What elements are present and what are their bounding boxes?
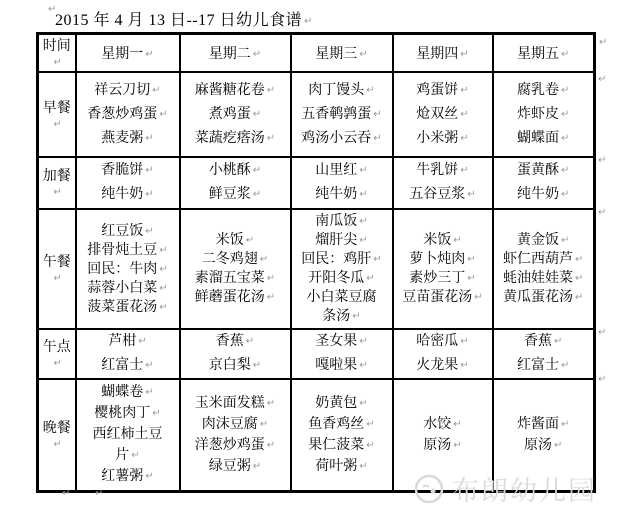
dish: 红富士	[494, 354, 594, 378]
dish: 煮鸡蛋	[181, 103, 290, 127]
dish: 嘎啦果	[292, 354, 392, 378]
dish: 洋葱炒鸡蛋	[181, 435, 290, 456]
menu-cell: 香脆饼 纯牛奶	[76, 157, 180, 209]
dish: 黄瓜蛋花汤	[494, 288, 594, 307]
dish: 麻酱糖花卷	[181, 79, 290, 103]
dish: 哈密瓜	[394, 330, 492, 354]
table-row-lunch: 午餐 红豆饭 排骨炖土豆 回民：牛肉 蒜蓉小白菜 菠菜蛋花汤 米饭 二冬鸡翅 素…	[38, 209, 595, 329]
table-row-morning-snack: 加餐 香脆饼 纯牛奶 小桃酥 鲜豆浆 山里红 纯牛奶 牛乳饼 五谷豆浆 蛋黄酥 …	[38, 157, 595, 209]
menu-cell: 麻酱糖花卷 煮鸡蛋 菜蔬疙瘩汤	[180, 72, 291, 157]
dish: 纯牛奶	[77, 183, 179, 207]
dish: 红豆饭	[77, 222, 179, 241]
dish: 素溜五宝菜	[181, 269, 290, 288]
paragraph-mark-icon	[596, 151, 606, 163]
dish: 熘肝尖	[292, 231, 392, 250]
dish: 回民：鸡肝	[292, 250, 392, 269]
dish: 樱桃肉丁	[77, 403, 179, 424]
dish: 米饭	[394, 231, 492, 250]
dish: 绿豆粥	[181, 456, 290, 477]
row-label-breakfast: 早餐	[38, 72, 76, 157]
paragraph-mark-icon	[596, 370, 606, 382]
dish: 小桃酥	[181, 159, 290, 183]
dish: 菜蔬疙瘩汤	[181, 127, 290, 151]
dish: 西红柿土豆	[77, 424, 179, 445]
menu-cell: 米饭 萝卜炖肉 素炒三丁 豆苗蛋花汤	[393, 209, 493, 329]
header-label: 星期四	[416, 47, 468, 62]
dish: 牛乳饼	[394, 159, 492, 183]
dish: 水饺	[394, 414, 492, 435]
dish: 玉米面发糕	[181, 393, 290, 414]
header-label: 星期三	[315, 47, 367, 62]
row-label-text: 午点	[43, 340, 71, 371]
paragraph-mark-icon	[596, 203, 606, 215]
dish: 芦柑	[77, 330, 179, 354]
header-label: 星期一	[101, 47, 153, 62]
row-label-afternoon-snack: 午点	[38, 329, 76, 379]
paragraph-mark-icon	[596, 323, 606, 335]
row-label-text: 早餐	[43, 101, 71, 132]
dish: 鲜豆浆	[181, 183, 290, 207]
header-thursday: 星期四	[393, 34, 493, 73]
kindergarten-logo-icon	[413, 473, 445, 505]
dish: 萝卜炖肉	[394, 250, 492, 269]
dish: 鱼香鸡丝	[292, 414, 392, 435]
page-title: 2015 年 4 月 13 日--17 日幼儿食谱	[55, 7, 313, 30]
dish: 鸡汤小云吞	[292, 127, 392, 151]
header-tuesday: 星期二	[180, 34, 291, 73]
menu-cell: 鸡蛋饼 炝双丝 小米粥	[393, 72, 493, 157]
dish: 香葱炒鸡蛋	[77, 103, 179, 127]
menu-cell: 腐乳卷 炸虾皮 蝴蝶面	[493, 72, 595, 157]
menu-cell: 红豆饭 排骨炖土豆 回民：牛肉 蒜蓉小白菜 菠菜蛋花汤	[76, 209, 180, 329]
dish: 香蕉	[181, 330, 290, 354]
dish: 原汤	[494, 435, 594, 456]
paragraph-mark-icon	[597, 33, 607, 45]
watermark-text: 布朗幼儿园	[452, 469, 597, 508]
table-row-breakfast: 早餐 祥云刀切 香葱炒鸡蛋 燕麦粥 麻酱糖花卷 煮鸡蛋 菜蔬疙瘩汤 肉丁馒头 五…	[38, 72, 595, 157]
dish: 米饭	[181, 231, 290, 250]
dish: 虾仁西葫芦	[494, 250, 594, 269]
dish: 二冬鸡翅	[181, 250, 290, 269]
table-header-row: 时间 星期一 星期二 星期三 星期四 星期五	[38, 34, 595, 73]
menu-cell: 蛋黄酥 纯牛奶	[493, 157, 595, 209]
dish: 燕麦粥	[77, 127, 179, 151]
dish: 南瓜饭	[292, 212, 392, 231]
dish: 小米粥	[394, 127, 492, 151]
dish: 荷叶粥	[292, 456, 392, 477]
dish: 原汤	[394, 435, 492, 456]
dish: 祥云刀切	[77, 79, 179, 103]
menu-cell: 米饭 二冬鸡翅 素溜五宝菜 鲜蘑蛋花汤	[180, 209, 291, 329]
paragraph-mark-icon	[93, 484, 103, 496]
menu-cell: 香蕉 京白梨	[180, 329, 291, 379]
menu-table: 时间 星期一 星期二 星期三 星期四 星期五 早餐 祥云刀切 香葱炒鸡蛋 燕麦粥…	[36, 32, 596, 493]
dish: 五谷豆浆	[394, 183, 492, 207]
menu-cell: 肉丁馒头 五香鹌鹑蛋 鸡汤小云吞	[291, 72, 393, 157]
dish: 蝴蝶面	[494, 127, 594, 151]
header-label: 时间	[43, 39, 71, 70]
dish: 奶黄包	[292, 393, 392, 414]
dish: 蚝油娃娃菜	[494, 269, 594, 288]
dish: 蝴蝶卷	[77, 382, 179, 403]
header-monday: 星期一	[76, 34, 180, 73]
row-label-dinner: 晚餐	[38, 379, 76, 491]
dish: 鲜蘑蛋花汤	[181, 288, 290, 307]
dish: 肉沫豆腐	[181, 414, 290, 435]
dish: 五香鹌鹑蛋	[292, 103, 392, 127]
header-friday: 星期五	[493, 34, 595, 73]
watermark: 布朗幼儿园	[413, 469, 597, 508]
paragraph-mark-icon	[60, 484, 70, 496]
dish: 小白菜豆腐	[292, 288, 392, 307]
dish: 鸡蛋饼	[394, 79, 492, 103]
menu-cell: 小桃酥 鲜豆浆	[180, 157, 291, 209]
menu-cell: 山里红 纯牛奶	[291, 157, 393, 209]
dish: 纯牛奶	[292, 183, 392, 207]
dish: 回民：牛肉	[77, 260, 179, 279]
dish: 片	[77, 445, 179, 466]
menu-cell: 黄金饭 虾仁西葫芦 蚝油娃娃菜 黄瓜蛋花汤	[493, 209, 595, 329]
dish: 条汤	[292, 307, 392, 326]
row-label-morning-snack: 加餐	[38, 157, 76, 209]
menu-cell: 哈密瓜 火龙果	[393, 329, 493, 379]
dish: 蒜蓉小白菜	[77, 279, 179, 298]
menu-cell: 牛乳饼 五谷豆浆	[393, 157, 493, 209]
menu-cell: 奶黄包 鱼香鸡丝 果仁菠菜 荷叶粥	[291, 379, 393, 491]
dish: 香脆饼	[77, 159, 179, 183]
dish: 豆苗蛋花汤	[394, 288, 492, 307]
dish: 山里红	[292, 159, 392, 183]
dish: 菠菜蛋花汤	[77, 298, 179, 317]
dish: 京白梨	[181, 354, 290, 378]
table-row-afternoon-snack: 午点 芦柑 红富士 香蕉 京白梨 圣女果 嘎啦果 哈密瓜 火龙果 香蕉 红富士	[38, 329, 595, 379]
dish: 炝双丝	[394, 103, 492, 127]
header-label: 星期二	[209, 47, 261, 62]
header-wednesday: 星期三	[291, 34, 393, 73]
header-label: 星期五	[517, 47, 569, 62]
menu-cell: 香蕉 红富士	[493, 329, 595, 379]
dish: 黄金饭	[494, 231, 594, 250]
paragraph-mark-icon	[596, 70, 606, 82]
dish: 排骨炖土豆	[77, 241, 179, 260]
dish: 红薯粥	[77, 466, 179, 487]
dish: 纯牛奶	[494, 183, 594, 207]
dish: 火龙果	[394, 354, 492, 378]
dish: 肉丁馒头	[292, 79, 392, 103]
dish: 开阳冬瓜	[292, 269, 392, 288]
dish: 腐乳卷	[494, 79, 594, 103]
page-title-text: 2015 年 4 月 13 日--17 日幼儿食谱	[55, 12, 313, 29]
dish: 炸酱面	[494, 414, 594, 435]
row-label-lunch: 午餐	[38, 209, 76, 329]
dish: 圣女果	[292, 330, 392, 354]
dish: 红富士	[77, 354, 179, 378]
row-label-text: 晚餐	[43, 421, 71, 452]
dish: 果仁菠菜	[292, 435, 392, 456]
menu-cell: 玉米面发糕 肉沫豆腐 洋葱炒鸡蛋 绿豆粥	[180, 379, 291, 491]
menu-cell: 芦柑 红富士	[76, 329, 180, 379]
menu-cell: 圣女果 嘎啦果	[291, 329, 393, 379]
dish: 蛋黄酥	[494, 159, 594, 183]
menu-cell: 蝴蝶卷 樱桃肉丁 西红柿土豆 片 红薯粥	[76, 379, 180, 491]
dish: 炸虾皮	[494, 103, 594, 127]
menu-cell: 南瓜饭 熘肝尖 回民：鸡肝 开阳冬瓜 小白菜豆腐 条汤	[291, 209, 393, 329]
header-time: 时间	[38, 34, 76, 73]
dish: 香蕉	[494, 330, 594, 354]
dish: 素炒三丁	[394, 269, 492, 288]
row-label-text: 午餐	[43, 255, 71, 286]
menu-cell: 祥云刀切 香葱炒鸡蛋 燕麦粥	[76, 72, 180, 157]
row-label-text: 加餐	[43, 169, 71, 200]
